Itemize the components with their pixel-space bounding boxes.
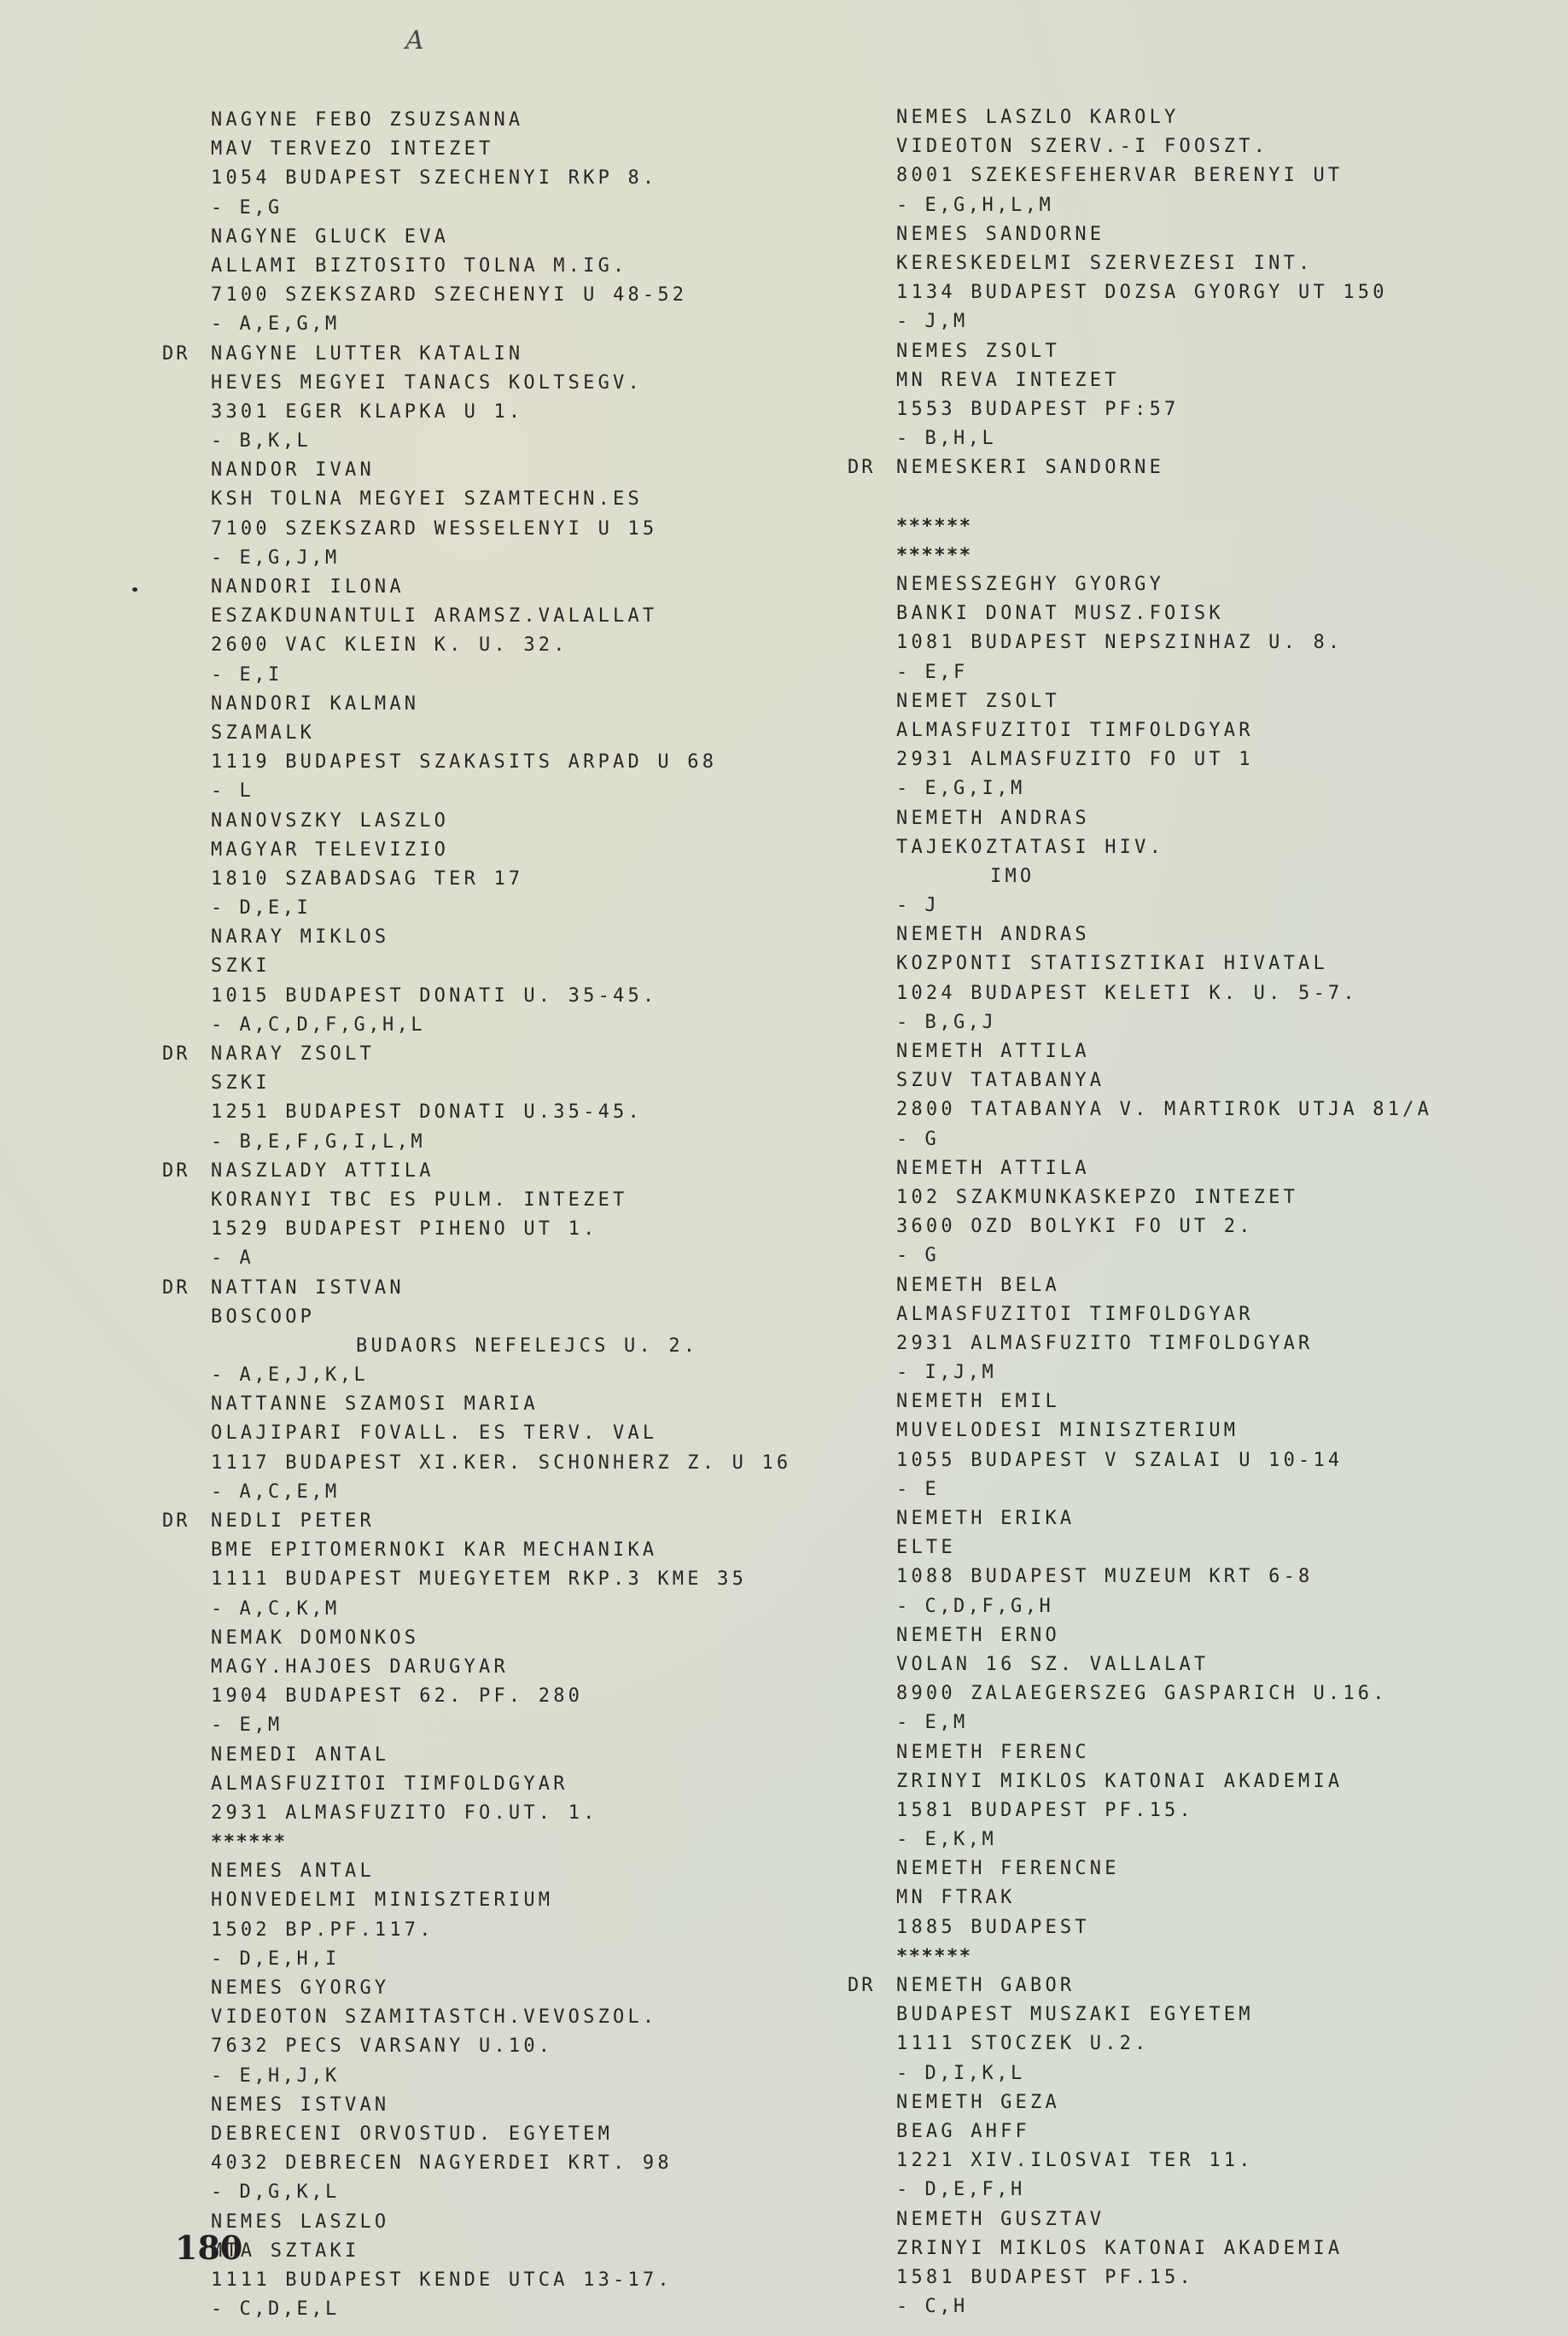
- directory-line-address: 2800 TATABANYA V. MARTIROK UTJA 81/A: [848, 1095, 1432, 1124]
- directory-line-address: 2931 ALMASFUZITO FO.UT. 1.: [162, 1799, 791, 1828]
- directory-line-address: 1251 BUDAPEST DONATI U.35-45.: [162, 1098, 791, 1127]
- entry-name: NEMETH GUSZTAV: [896, 2209, 1105, 2230]
- title-prefix: DR: [162, 1040, 211, 1069]
- entry-org: ALMASFUZITOI TIMFOLDGYAR: [896, 720, 1254, 741]
- directory-line-org: MAGYAR TELEVIZIO: [162, 836, 791, 865]
- directory-line-org: BEAG AHFF: [848, 2117, 1432, 2146]
- directory-line-codes: - E,M: [848, 1708, 1432, 1737]
- entry-address: 7632 PECS VARSANY U.10.: [211, 2035, 553, 2057]
- entry-address: 1502 BP.PF.117.: [211, 1919, 434, 1941]
- entry-name: NEMES ANTAL: [211, 1860, 375, 1882]
- directory-line-address: 1581 BUDAPEST PF.15.: [848, 2263, 1432, 2292]
- directory-line-org: HONVEDELMI MINISZTERIUM: [162, 1886, 791, 1915]
- directory-line-codes: - A,C,D,F,G,H,L: [162, 1011, 791, 1040]
- directory-line-org: BME EPITOMERNOKI KAR MECHANIKA: [162, 1536, 791, 1565]
- directory-line-codes: - E: [848, 1475, 1432, 1504]
- directory-line-name: NEMETH BELA: [848, 1271, 1432, 1300]
- directory-line-codes: - B,G,J: [848, 1008, 1432, 1037]
- entry-org: KERESKEDELMI SZERVEZESI INT.: [896, 253, 1313, 274]
- entry-address: 1111 STOCZEK U.2.: [896, 2033, 1150, 2054]
- directory-line-codes: - B,H,L: [848, 424, 1432, 453]
- directory-line-org: BOSCOOP: [162, 1303, 791, 1332]
- entry-name: NEMES SANDORNE: [896, 224, 1105, 245]
- entry-name: NEMEDI ANTAL: [211, 1744, 389, 1766]
- entry-address: 2931 ALMASFUZITO FO UT 1: [896, 749, 1254, 770]
- entry-codes: - J,M: [896, 311, 968, 332]
- directory-line-address: 1111 BUDAPEST KENDE UTCA 13-17.: [162, 2266, 791, 2295]
- directory-line-name: NEMETH FERENCNE: [848, 1854, 1432, 1883]
- entry-address: 1055 BUDAPEST V SZALAI U 10-14: [896, 1450, 1343, 1471]
- ink-speck: [132, 587, 137, 592]
- entry-name: NARAY ZSOLT: [211, 1043, 375, 1065]
- entry-codes: - A,E,J,K,L: [211, 1364, 368, 1386]
- entry-org: VOLAN 16 SZ. VALLALAT: [896, 1654, 1209, 1675]
- entry-codes: - E,G,I,M: [896, 778, 1025, 799]
- entry-name: NANDORI ILONA: [211, 576, 405, 598]
- entry-name: NEMES LASZLO KAROLY: [896, 107, 1179, 128]
- directory-line-address: 1502 BP.PF.117.: [162, 1916, 791, 1945]
- directory-line-name: NANDORI ILONA: [162, 573, 791, 602]
- directory-line-address: 3600 OZD BOLYKI FO UT 2.: [848, 1212, 1432, 1241]
- entry-address: 1054 BUDAPEST SZECHENYI RKP 8.: [211, 167, 657, 189]
- title-prefix: DR: [162, 340, 211, 369]
- directory-line-org: ALMASFUZITOI TIMFOLDGYAR: [848, 716, 1432, 745]
- directory-line-name: NEMETH ANDRAS: [848, 804, 1432, 833]
- directory-line-address: 1904 BUDAPEST 62. PF. 280: [162, 1682, 791, 1711]
- directory-line-name: NEMES SANDORNE: [848, 220, 1432, 249]
- directory-line-org: ESZAKDUNANTULI ARAMSZ.VALALLAT: [162, 602, 791, 631]
- directory-line-codes: - G: [848, 1241, 1432, 1270]
- directory-line-codes: - C,D,F,G,H: [848, 1592, 1432, 1621]
- entry-name: NEMESSZEGHY GYORGY: [896, 574, 1164, 595]
- right-column-directory: NEMES LASZLO KAROLYVIDEOTON SZERV.-I FOO…: [848, 103, 1432, 2321]
- directory-line-codes: - A,C,E,M: [162, 1478, 791, 1507]
- directory-line-codes: - D,E,I: [162, 894, 791, 923]
- entry-name: NEMES GYORGY: [211, 1977, 389, 1999]
- entry-org: KORANYI TBC ES PULM. INTEZET: [211, 1189, 627, 1211]
- entry-address: 1904 BUDAPEST 62. PF. 280: [211, 1685, 583, 1707]
- entry-org: OLAJIPARI FOVALL. ES TERV. VAL: [211, 1422, 657, 1444]
- directory-line-blank: [848, 482, 1432, 511]
- entry-address: 2600 VAC KLEIN K. U. 32.: [211, 634, 568, 656]
- entry-name: NEMESKERI SANDORNE: [896, 457, 1164, 478]
- directory-line-name: NEMEDI ANTAL: [162, 1741, 791, 1770]
- entry-name: NAGYNE LUTTER KATALIN: [211, 343, 523, 365]
- entry-codes: - E,H,J,K: [211, 2065, 340, 2087]
- entry-stars: ******: [896, 1946, 971, 1967]
- entry-address: 4032 DEBRECEN NAGYERDEI KRT. 98: [211, 2152, 673, 2174]
- directory-line-org: SZAMALK: [162, 719, 791, 748]
- entry-org: SZUV TATABANYA: [896, 1070, 1105, 1091]
- entry-org: MAGYAR TELEVIZIO: [211, 839, 449, 861]
- directory-line-address: 1119 BUDAPEST SZAKASITS ARPAD U 68: [162, 748, 791, 777]
- directory-line-name: DRNEMESKERI SANDORNE: [848, 453, 1432, 482]
- entry-org: MN FTRAK: [896, 1887, 1016, 1908]
- entry-org: SZAMALK: [211, 722, 315, 744]
- entry-codes: - C,H: [896, 2296, 968, 2317]
- entry-org: KOZPONTI STATISZTIKAI HIVATAL: [896, 953, 1328, 974]
- directory-line-org: ZRINYI MIKLOS KATONAI AKADEMIA: [848, 2234, 1432, 2263]
- entry-address: 1024 BUDAPEST KELETI K. U. 5-7.: [896, 983, 1358, 1004]
- directory-line-name: DRNASZLADY ATTILA: [162, 1157, 791, 1186]
- directory-line-address: 1134 BUDAPEST DOZSA GYORGY UT 150: [848, 278, 1432, 307]
- entry-name: NAGYNE GLUCK EVA: [211, 226, 449, 248]
- entry-codes: - L: [211, 780, 254, 802]
- directory-line-address-indented: IMO: [848, 862, 1432, 891]
- entry-codes: - E,K,M: [896, 1829, 996, 1850]
- directory-line-name: NEMETH ERIKA: [848, 1504, 1432, 1533]
- directory-line-codes: - J,M: [848, 307, 1432, 336]
- directory-line-name: DRNATTAN ISTVAN: [162, 1274, 791, 1303]
- directory-line-org: ALMASFUZITOI TIMFOLDGYAR: [848, 1300, 1432, 1329]
- entry-org: BEAG AHFF: [896, 2121, 1030, 2142]
- directory-line-name: NARAY MIKLOS: [162, 923, 791, 952]
- directory-line-name: NEMETH ERNO: [848, 1621, 1432, 1650]
- entry-org: ALLAMI BIZTOSITO TOLNA M.IG.: [211, 255, 627, 277]
- entry-org: MUVELODESI MINISZTERIUM: [896, 1420, 1239, 1441]
- entry-name: NEMETH ATTILA: [896, 1158, 1090, 1179]
- entry-org: VIDEOTON SZAMITASTCH.VEVOSZOL.: [211, 2006, 657, 2028]
- entry-name: NANDOR IVAN: [211, 459, 375, 481]
- entry-codes: - E,G: [211, 197, 283, 219]
- directory-line-name: DRNEMETH GABOR: [848, 1971, 1432, 2000]
- entry-name: NEMETH EMIL: [896, 1391, 1060, 1412]
- entry-address: 1581 BUDAPEST PF.15.: [896, 1800, 1194, 1821]
- directory-line-address: 2931 ALMASFUZITO FO UT 1: [848, 745, 1432, 774]
- entry-org: SZKI: [211, 1072, 271, 1094]
- entry-org: 102 SZAKMUNKASKEPZO INTEZET: [896, 1187, 1298, 1208]
- directory-line-address: 2600 VAC KLEIN K. U. 32.: [162, 631, 791, 660]
- entry-org: ZRINYI MIKLOS KATONAI AKADEMIA: [896, 1771, 1343, 1792]
- entry-address: 7100 SZEKSZARD SZECHENYI U 48-52: [211, 284, 687, 306]
- directory-line-address: 1529 BUDAPEST PIHENO UT 1.: [162, 1215, 791, 1244]
- directory-line-org: DEBRECENI ORVOSTUD. EGYETEM: [162, 2120, 791, 2149]
- entry-name: NEMETH ANDRAS: [896, 924, 1090, 945]
- entry-org: BANKI DONAT MUSZ.FOISK: [896, 603, 1224, 624]
- directory-line-name: NANDOR IVAN: [162, 456, 791, 485]
- entry-name: NEMETH GEZA: [896, 2092, 1060, 2113]
- directory-line-codes: - G: [848, 1125, 1432, 1154]
- directory-line-org: SZKI: [162, 952, 791, 981]
- entry-codes: - G: [896, 1129, 939, 1150]
- entry-address: 1581 BUDAPEST PF.15.: [896, 2267, 1194, 2288]
- entry-org: ZRINYI MIKLOS KATONAI AKADEMIA: [896, 2238, 1343, 2259]
- directory-line-codes: - E,K,M: [848, 1825, 1432, 1854]
- directory-line-org: BUDAPEST MUSZAKI EGYETEM: [848, 2000, 1432, 2029]
- title-prefix: DR: [848, 1971, 896, 2000]
- entry-name: NEMETH GABOR: [896, 1975, 1075, 1996]
- directory-line-address: 1055 BUDAPEST V SZALAI U 10-14: [848, 1446, 1432, 1475]
- entry-org: SZKI: [211, 955, 271, 977]
- entry-codes: - B,G,J: [896, 1012, 996, 1033]
- directory-line-org: ALMASFUZITOI TIMFOLDGYAR: [162, 1770, 791, 1799]
- directory-line-codes: - A,E,G,M: [162, 310, 791, 339]
- title-prefix: DR: [848, 453, 896, 482]
- entry-codes: - C,D,E,L: [211, 2298, 340, 2320]
- entry-address: 7100 SZEKSZARD WESSELENYI U 15: [211, 518, 657, 540]
- directory-line-codes: - L: [162, 777, 791, 806]
- directory-line-address: 1081 BUDAPEST NEPSZINHAZ U. 8.: [848, 628, 1432, 657]
- directory-line-codes: - E,F: [848, 658, 1432, 687]
- entry-org: ELTE: [896, 1537, 956, 1558]
- directory-line-codes: - E,G: [162, 194, 791, 223]
- directory-line-org: VIDEOTON SZERV.-I FOOSZT.: [848, 132, 1432, 161]
- page-number: 180: [175, 2228, 242, 2267]
- entry-codes: - D,E,I: [211, 897, 311, 919]
- entry-name: NEMETH ATTILA: [896, 1041, 1090, 1062]
- directory-line-address: 1054 BUDAPEST SZECHENYI RKP 8.: [162, 164, 791, 193]
- directory-line-address: 7100 SZEKSZARD SZECHENYI U 48-52: [162, 281, 791, 310]
- directory-line-codes: - E,I: [162, 661, 791, 690]
- entry-address-indented: IMO: [990, 866, 1035, 887]
- directory-line-org: TAJEKOZTATASI HIV.: [848, 833, 1432, 862]
- entry-codes: - D,G,K,L: [211, 2181, 340, 2203]
- directory-line-stars: ******: [162, 1828, 791, 1857]
- entry-address: 1117 BUDAPEST XI.KER. SCHONHERZ Z. U 16: [211, 1452, 791, 1474]
- entry-address: 1088 BUDAPEST MUZEUM KRT 6-8: [896, 1566, 1313, 1587]
- entry-name: NATTANNE SZAMOSI MARIA: [211, 1393, 539, 1415]
- directory-line-name: NEMETH GEZA: [848, 2088, 1432, 2117]
- directory-line-org: KSH TOLNA MEGYEI SZAMTECHN.ES: [162, 485, 791, 514]
- title-prefix: DR: [162, 1274, 211, 1303]
- directory-line-codes: - E,H,J,K: [162, 2062, 791, 2091]
- entry-address: 1119 BUDAPEST SZAKASITS ARPAD U 68: [211, 751, 717, 773]
- directory-line-name: NEMETH EMIL: [848, 1387, 1432, 1416]
- directory-line-org: KERESKEDELMI SZERVEZESI INT.: [848, 249, 1432, 278]
- directory-line-address: 1810 SZABADSAG TER 17: [162, 865, 791, 894]
- directory-line-name: NEMETH FERENC: [848, 1738, 1432, 1767]
- directory-line-name: NEMETH GUSZTAV: [848, 2205, 1432, 2234]
- directory-line-name: NEMETH ATTILA: [848, 1154, 1432, 1183]
- title-prefix: DR: [162, 1157, 211, 1186]
- directory-line-org: SZKI: [162, 1069, 791, 1098]
- directory-line-org: MN FTRAK: [848, 1883, 1432, 1913]
- directory-line-name: NEMETH ATTILA: [848, 1037, 1432, 1066]
- entry-codes: - E,G,H,L,M: [896, 195, 1053, 216]
- entry-stars: ******: [211, 1831, 286, 1853]
- entry-name: NEMAK DOMONKOS: [211, 1627, 419, 1649]
- directory-line-address: 1581 BUDAPEST PF.15.: [848, 1796, 1432, 1825]
- directory-line-name: NEMET ZSOLT: [848, 687, 1432, 716]
- directory-line-stars: ******: [848, 512, 1432, 541]
- entry-codes: - A,E,G,M: [211, 313, 340, 335]
- directory-line-address: 1088 BUDAPEST MUZEUM KRT 6-8: [848, 1562, 1432, 1591]
- directory-line-org: KORANYI TBC ES PULM. INTEZET: [162, 1186, 791, 1215]
- directory-line-name: NEMES ANTAL: [162, 1857, 791, 1886]
- entry-codes: - E,M: [896, 1712, 968, 1733]
- directory-line-codes: - E,G,J,M: [162, 544, 791, 573]
- directory-line-name: NEMES LASZLO: [162, 2208, 791, 2237]
- entry-org: HONVEDELMI MINISZTERIUM: [211, 1889, 553, 1911]
- entry-org: MN REVA INTEZET: [896, 370, 1120, 391]
- directory-line-codes: - D,E,F,H: [848, 2175, 1432, 2205]
- entry-address: 1081 BUDAPEST NEPSZINHAZ U. 8.: [896, 632, 1343, 653]
- directory-line-name: NANOVSZKY LASZLO: [162, 807, 791, 836]
- directory-line-name: NATTANNE SZAMOSI MARIA: [162, 1390, 791, 1419]
- entry-name: NAGYNE FEBO ZSUZSANNA: [211, 109, 523, 131]
- directory-line-name: NEMETH ANDRAS: [848, 920, 1432, 949]
- entry-codes: - G: [896, 1245, 939, 1266]
- directory-line-name: DRNEDLI PETER: [162, 1507, 791, 1536]
- entry-codes: - B,E,F,G,I,L,M: [211, 1131, 425, 1153]
- entry-address: 8001 SZEKESFEHERVAR BERENYI UT: [896, 165, 1343, 186]
- directory-line-stars: ******: [848, 1942, 1432, 1971]
- directory-line-org: BANKI DONAT MUSZ.FOISK: [848, 599, 1432, 628]
- entry-org: ESZAKDUNANTULI ARAMSZ.VALALLAT: [211, 605, 657, 627]
- directory-line-name: NEMES LASZLO KAROLY: [848, 103, 1432, 132]
- directory-line-address: 2931 ALMASFUZITO TIMFOLDGYAR: [848, 1329, 1432, 1358]
- directory-line-address-indented: BUDAORS NEFELEJCS U. 2.: [162, 1332, 791, 1361]
- entry-codes: - B,K,L: [211, 430, 311, 452]
- entry-name: NARAY MIKLOS: [211, 926, 389, 948]
- entry-codes: - A,C,D,F,G,H,L: [211, 1014, 425, 1036]
- directory-line-address: 1111 BUDAPEST MUEGYETEM RKP.3 KME 35: [162, 1565, 791, 1594]
- directory-line-codes: - E,G,I,M: [848, 774, 1432, 803]
- entry-org: MAGY.HAJOES DARUGYAR: [211, 1656, 509, 1678]
- directory-line-org: ELTE: [848, 1533, 1432, 1562]
- entry-codes: - D,E,F,H: [896, 2179, 1025, 2200]
- entry-name: NEMES ISTVAN: [211, 2094, 389, 2116]
- directory-line-codes: - D,E,H,I: [162, 1945, 791, 1974]
- entry-org: DEBRECENI ORVOSTUD. EGYETEM: [211, 2123, 613, 2145]
- directory-line-org: HEVES MEGYEI TANACS KOLTSEGV.: [162, 369, 791, 398]
- entry-org: ALMASFUZITOI TIMFOLDGYAR: [896, 1304, 1254, 1325]
- directory-line-org: KOZPONTI STATISZTIKAI HIVATAL: [848, 949, 1432, 978]
- directory-line-name: NAGYNE FEBO ZSUZSANNA: [162, 106, 791, 135]
- entry-address: 2931 ALMASFUZITO FO.UT. 1.: [211, 1802, 598, 1824]
- entry-codes: - B,H,L: [896, 428, 996, 449]
- directory-line-codes: - A,E,J,K,L: [162, 1361, 791, 1390]
- entry-address-indented: BUDAORS NEFELEJCS U. 2.: [356, 1335, 698, 1357]
- entry-org: KSH TOLNA MEGYEI SZAMTECHN.ES: [211, 488, 643, 510]
- entry-address: 1810 SZABADSAG TER 17: [211, 868, 523, 890]
- directory-line-address: 7100 SZEKSZARD WESSELENYI U 15: [162, 515, 791, 544]
- entry-address: 1111 BUDAPEST KENDE UTCA 13-17.: [211, 2269, 673, 2291]
- entry-codes: - E,G,J,M: [211, 547, 340, 569]
- directory-line-address: 1111 STOCZEK U.2.: [848, 2029, 1432, 2059]
- directory-line-address: 1553 BUDAPEST PF:57: [848, 395, 1432, 424]
- entry-org: BME EPITOMERNOKI KAR MECHANIKA: [211, 1539, 657, 1561]
- entry-name: NEMETH ERIKA: [896, 1508, 1075, 1529]
- entry-address: 1529 BUDAPEST PIHENO UT 1.: [211, 1218, 598, 1240]
- directory-line-name: DRNARAY ZSOLT: [162, 1040, 791, 1069]
- directory-line-org: VOLAN 16 SZ. VALLALAT: [848, 1650, 1432, 1679]
- entry-address: 1885 BUDAPEST: [896, 1917, 1090, 1938]
- directory-line-name: NAGYNE GLUCK EVA: [162, 223, 791, 252]
- entry-name: NEMET ZSOLT: [896, 691, 1060, 712]
- entry-codes: - E,I: [211, 664, 283, 686]
- directory-line-name: NANDORI KALMAN: [162, 690, 791, 719]
- entry-codes: - C,D,F,G,H: [896, 1596, 1053, 1617]
- entry-codes: - D,I,K,L: [896, 2063, 1025, 2084]
- entry-org: BUDAPEST MUSZAKI EGYETEM: [896, 2004, 1254, 2025]
- entry-name: NEMETH ERNO: [896, 1625, 1060, 1646]
- directory-line-address: 1015 BUDAPEST DONATI U. 35-45.: [162, 982, 791, 1011]
- entry-name: NEMETH BELA: [896, 1275, 1060, 1296]
- entry-address: 1015 BUDAPEST DONATI U. 35-45.: [211, 985, 657, 1007]
- entry-name: NANOVSZKY LASZLO: [211, 810, 449, 832]
- directory-line-org: MAV TERVEZO INTEZET: [162, 135, 791, 164]
- directory-line-codes: - B,K,L: [162, 427, 791, 456]
- directory-line-org: MTA SZTAKI: [162, 2237, 791, 2266]
- directory-line-name: NEMES GYORGY: [162, 1974, 791, 2003]
- entry-address: 1553 BUDAPEST PF:57: [896, 399, 1179, 420]
- top-marker: A: [405, 26, 424, 55]
- entry-org: VIDEOTON SZERV.-I FOOSZT.: [896, 136, 1268, 157]
- directory-line-address: 1885 BUDAPEST: [848, 1913, 1432, 1942]
- entry-codes: - E,F: [896, 662, 968, 683]
- entry-org: ALMASFUZITOI TIMFOLDGYAR: [211, 1773, 568, 1795]
- directory-line-org: 102 SZAKMUNKASKEPZO INTEZET: [848, 1183, 1432, 1212]
- directory-line-org: MN REVA INTEZET: [848, 366, 1432, 395]
- directory-line-org: VIDEOTON SZAMITASTCH.VEVOSZOL.: [162, 2003, 791, 2032]
- directory-line-address: 1117 BUDAPEST XI.KER. SCHONHERZ Z. U 16: [162, 1449, 791, 1478]
- directory-line-name: NEMES ZSOLT: [848, 337, 1432, 366]
- directory-line-org: ZRINYI MIKLOS KATONAI AKADEMIA: [848, 1767, 1432, 1796]
- directory-line-address: 8001 SZEKESFEHERVAR BERENYI UT: [848, 161, 1432, 190]
- entry-address: 3600 OZD BOLYKI FO UT 2.: [896, 1216, 1254, 1237]
- entry-name: NEMETH ANDRAS: [896, 808, 1090, 829]
- directory-line-codes: - C,H: [848, 2292, 1432, 2321]
- entry-codes: - E,M: [211, 1714, 283, 1736]
- entry-address: 1251 BUDAPEST DONATI U.35-45.: [211, 1101, 643, 1123]
- directory-line-org: ALLAMI BIZTOSITO TOLNA M.IG.: [162, 252, 791, 281]
- directory-line-stars: ******: [848, 541, 1432, 570]
- directory-line-name: DRNAGYNE LUTTER KATALIN: [162, 340, 791, 369]
- entry-address: 1134 BUDAPEST DOZSA GYORGY UT 150: [896, 282, 1388, 303]
- directory-line-codes: - C,D,E,L: [162, 2295, 791, 2324]
- directory-line-codes: - I,J,M: [848, 1358, 1432, 1387]
- directory-line-address: 3301 EGER KLAPKA U 1.: [162, 398, 791, 427]
- directory-line-org: MUVELODESI MINISZTERIUM: [848, 1416, 1432, 1445]
- entry-address: 2931 ALMASFUZITO TIMFOLDGYAR: [896, 1333, 1313, 1354]
- entry-name: NEMETH FERENC: [896, 1742, 1090, 1763]
- directory-line-codes: - A,C,K,M: [162, 1595, 791, 1624]
- directory-line-name: NEMESSZEGHY GYORGY: [848, 570, 1432, 599]
- directory-line-codes: - E,M: [162, 1711, 791, 1740]
- directory-line-org: OLAJIPARI FOVALL. ES TERV. VAL: [162, 1419, 791, 1448]
- entry-org: MAV TERVEZO INTEZET: [211, 138, 493, 160]
- directory-line-name: NEMES ISTVAN: [162, 2091, 791, 2120]
- entry-name: NEMES ZSOLT: [896, 341, 1060, 362]
- entry-codes: - E: [896, 1479, 939, 1500]
- left-column-directory: NAGYNE FEBO ZSUZSANNAMAV TERVEZO INTEZET…: [162, 106, 791, 2324]
- entry-codes: - A,C,E,M: [211, 1481, 340, 1503]
- directory-line-codes: - E,G,H,L,M: [848, 191, 1432, 220]
- entry-name: NEMETH FERENCNE: [896, 1858, 1120, 1879]
- directory-line-address: 8900 ZALAEGERSZEG GASPARICH U.16.: [848, 1679, 1432, 1708]
- directory-line-codes: - D,G,K,L: [162, 2178, 791, 2207]
- entry-address: 1221 XIV.ILOSVAI TER 11.: [896, 2150, 1254, 2171]
- entry-org: HEVES MEGYEI TANACS KOLTSEGV.: [211, 372, 643, 394]
- directory-line-codes: - D,I,K,L: [848, 2059, 1432, 2088]
- entry-org: BOSCOOP: [211, 1306, 315, 1328]
- entry-name: NASZLADY ATTILA: [211, 1160, 434, 1182]
- directory-line-address: 1221 XIV.ILOSVAI TER 11.: [848, 2146, 1432, 2175]
- entry-codes: - A: [211, 1247, 254, 1269]
- entry-codes: - I,J,M: [896, 1362, 996, 1383]
- directory-line-address: 1024 BUDAPEST KELETI K. U. 5-7.: [848, 979, 1432, 1008]
- directory-line-org: SZUV TATABANYA: [848, 1066, 1432, 1095]
- scanned-page: A NAGYNE FEBO ZSUZSANNAMAV TERVEZO INTEZ…: [0, 0, 1568, 2336]
- directory-line-name: NEMAK DOMONKOS: [162, 1624, 791, 1653]
- directory-line-codes: - B,E,F,G,I,L,M: [162, 1128, 791, 1157]
- entry-stars: ******: [896, 516, 971, 537]
- entry-address: 8900 ZALAEGERSZEG GASPARICH U.16.: [896, 1683, 1388, 1704]
- entry-address: 1111 BUDAPEST MUEGYETEM RKP.3 KME 35: [211, 1568, 747, 1590]
- entry-stars: ******: [896, 545, 971, 566]
- entry-name: NANDORI KALMAN: [211, 693, 419, 715]
